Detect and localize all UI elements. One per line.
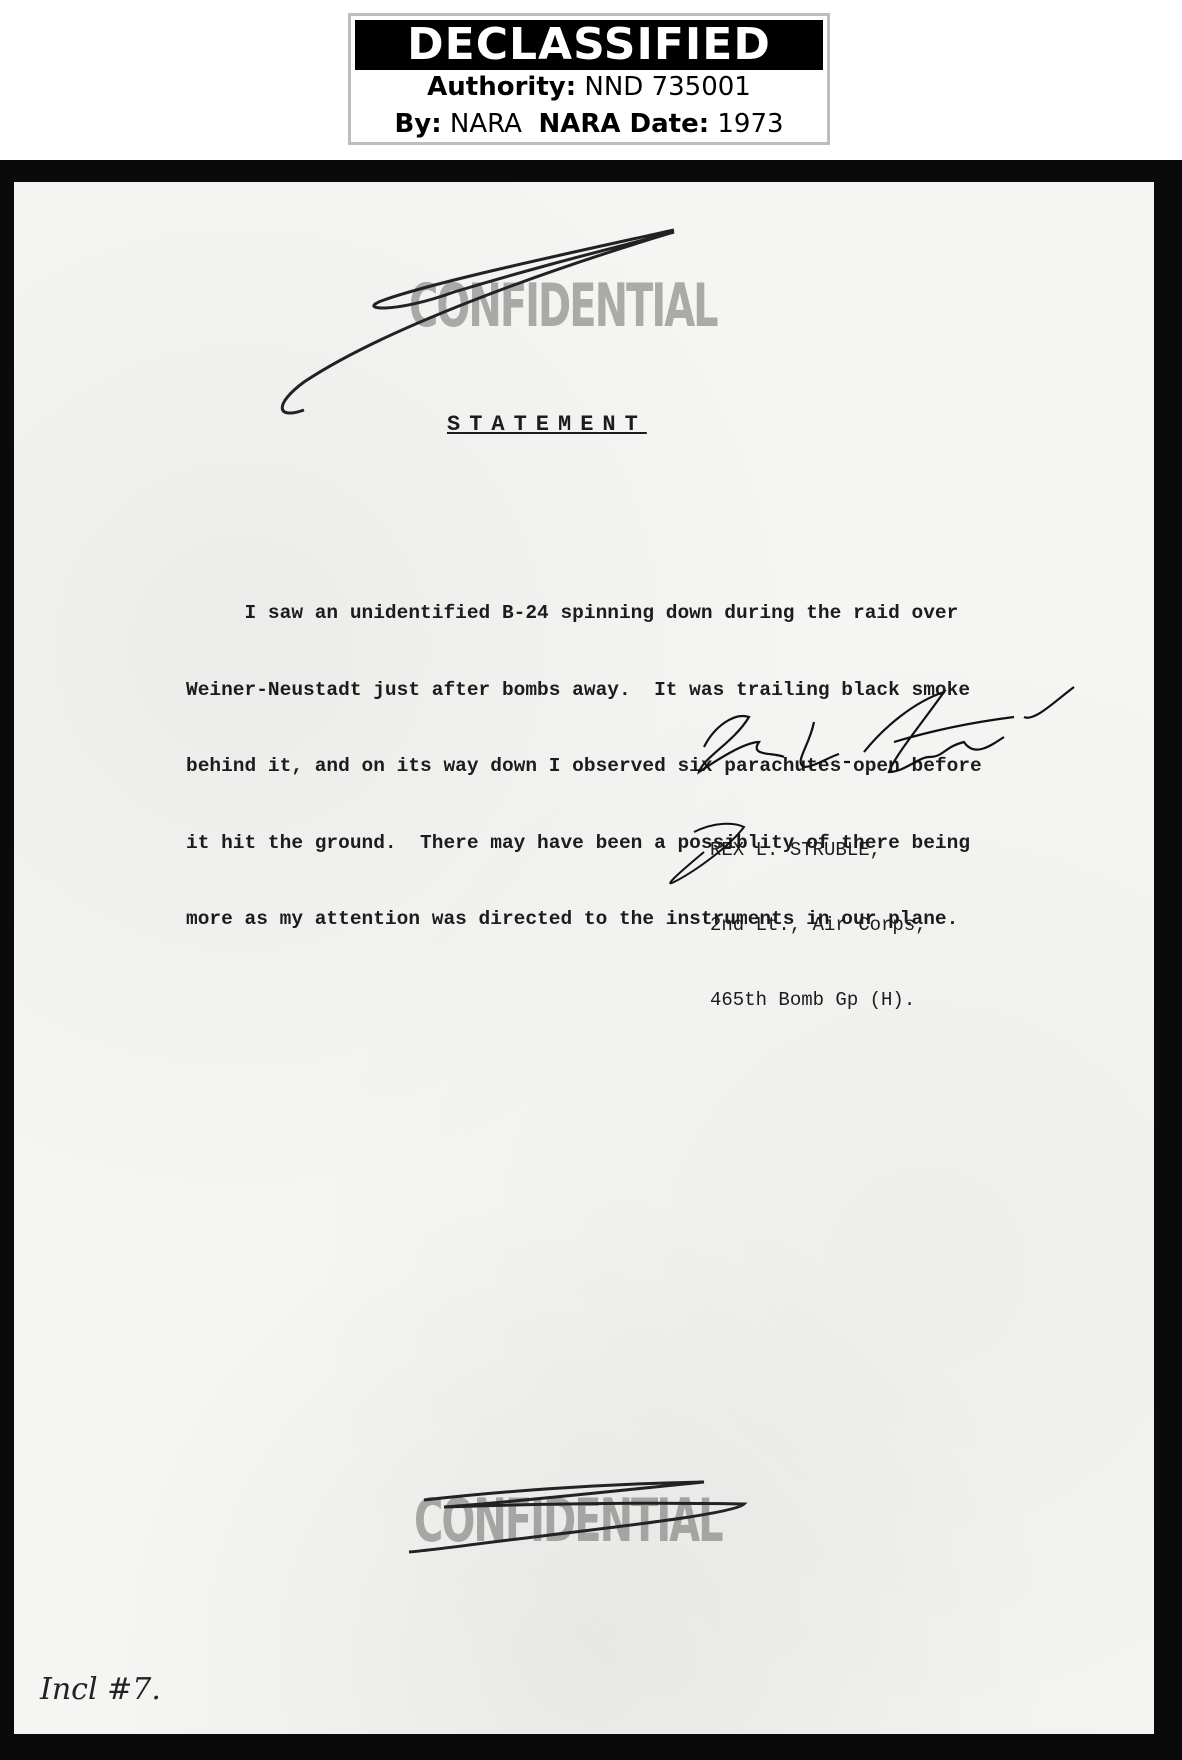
by-label: By: <box>394 109 441 139</box>
signatory-name: REX L. STRUBLE, <box>710 838 927 863</box>
stamp-by-line: By: NARA NARA Date: 1973 <box>351 109 827 139</box>
by-value: NARA <box>450 109 522 139</box>
declassification-stamp: DECLASSIFIED Authority: NND 735001 By: N… <box>348 13 830 145</box>
date-value: 1973 <box>717 109 783 139</box>
classification-stamp-bottom: CONFIDENTIAL <box>414 1487 722 1556</box>
body-line: Weiner-Neustadt just after bombs away. I… <box>186 678 1026 704</box>
date-label: NARA Date: <box>538 109 709 139</box>
classification-stamp-top: CONFIDENTIAL <box>409 272 717 341</box>
signatory-unit: 465th Bomb Gp (H). <box>710 988 927 1013</box>
body-line: behind it, and on its way down I observe… <box>186 754 1026 780</box>
body-line: I saw an unidentified B-24 spinning down… <box>186 601 1026 627</box>
stamp-authority-line: Authority: NND 735001 <box>351 72 827 102</box>
authority-label: Authority: <box>427 72 576 102</box>
signatory-rank: 2nd Lt., Air Corps, <box>710 913 927 938</box>
authority-value: NND 735001 <box>584 72 750 102</box>
document-paper: CONFIDENTIAL STATEMENT I saw an unidenti… <box>14 182 1154 1734</box>
stamp-header: DECLASSIFIED <box>355 20 823 70</box>
document-title: STATEMENT <box>447 412 647 437</box>
enclosure-note: Incl #7. <box>40 1672 161 1707</box>
scanned-page: CONFIDENTIAL STATEMENT I saw an unidenti… <box>0 160 1182 1760</box>
signature-block: REX L. STRUBLE, 2nd Lt., Air Corps, 465t… <box>710 788 927 1063</box>
